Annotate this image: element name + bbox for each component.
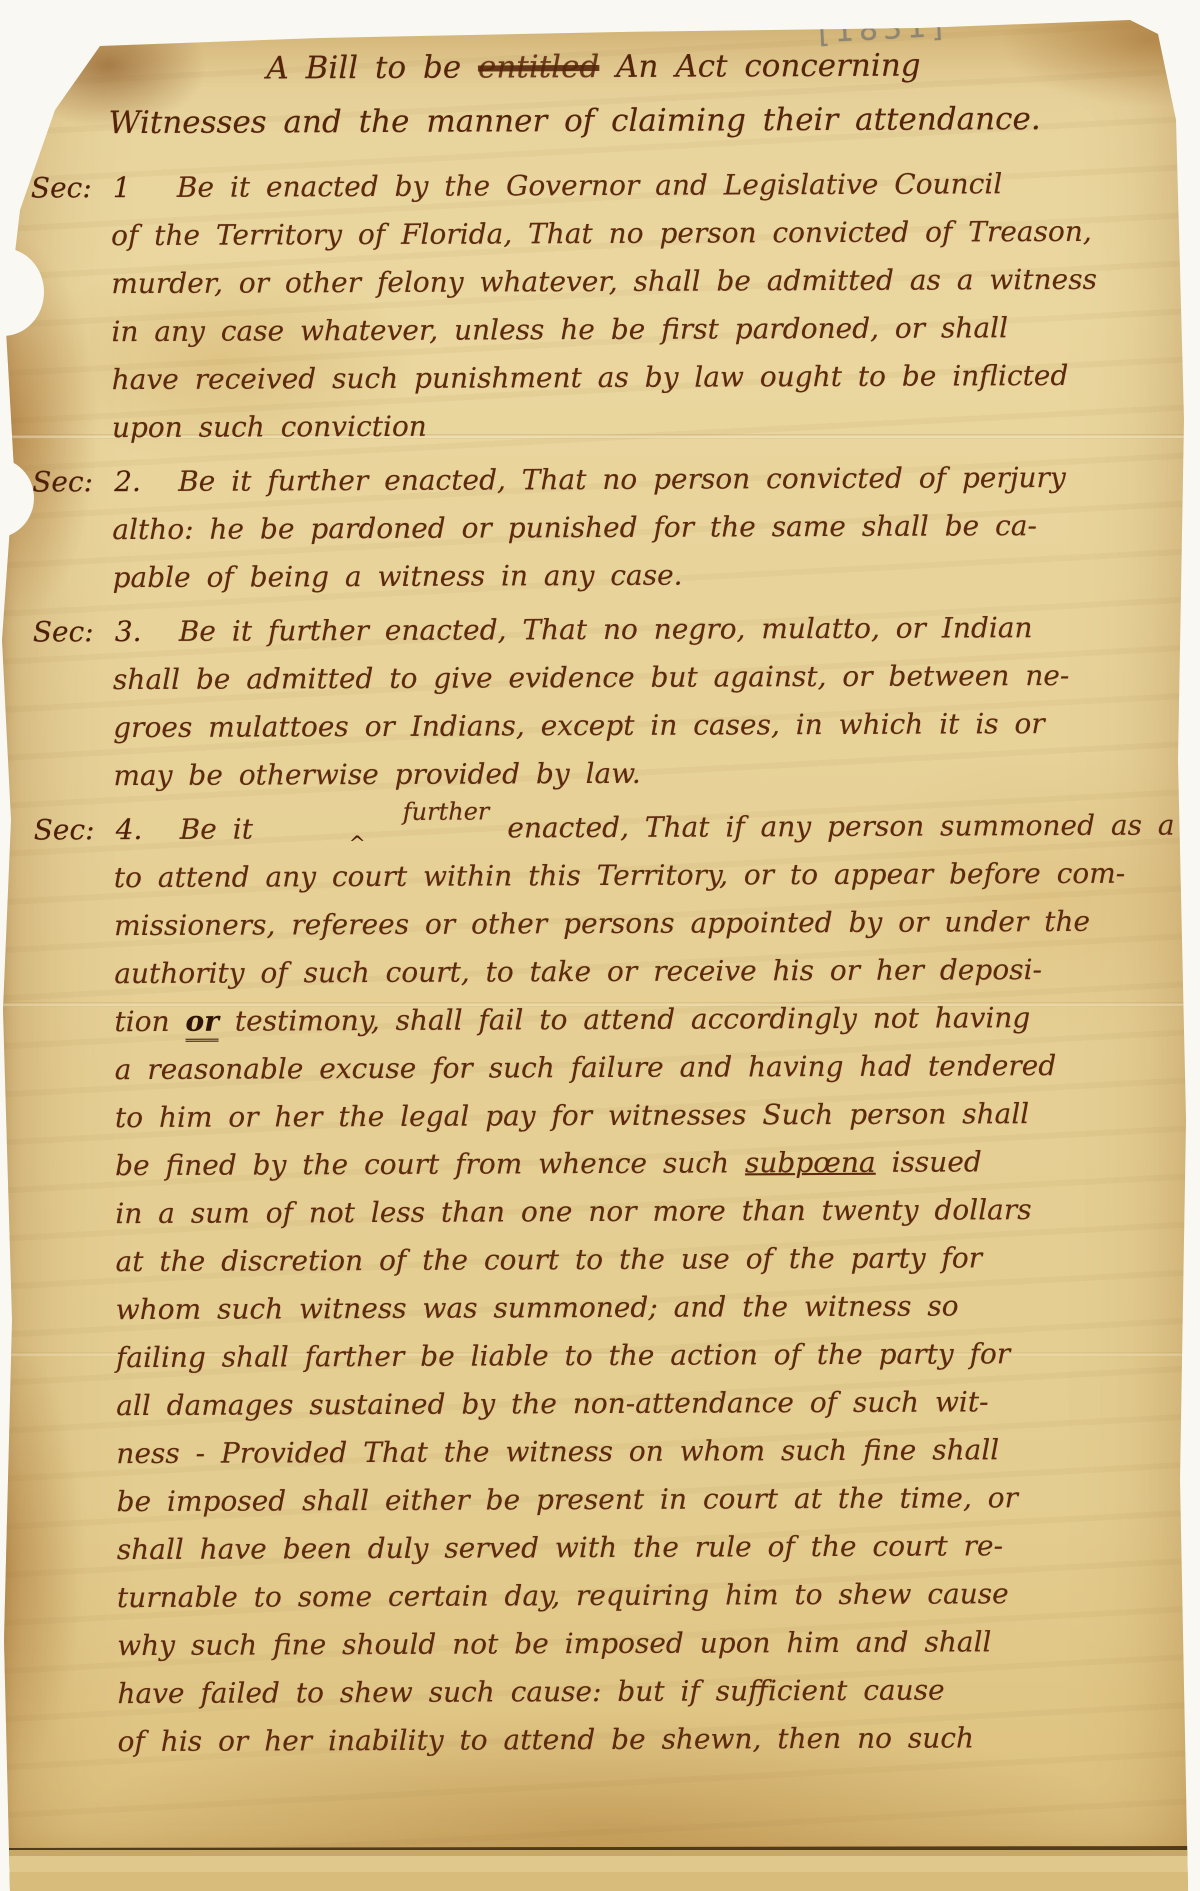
manuscript-line: in a sum of not less than one nor more t… <box>115 1186 1161 1239</box>
manuscript-line: whom such witness was summoned; and the … <box>116 1282 1162 1335</box>
paper-sheet: [1831] A Bill to be entitled An Act conc… <box>0 0 1200 1891</box>
section-3: Sec: 3. Be it further enacted, That no n… <box>113 604 1160 801</box>
corrected-word: or <box>185 1005 219 1042</box>
title-line-2: Witnesses and the manner of claiming the… <box>108 92 1141 151</box>
section-number: 4. <box>116 806 143 854</box>
title-text-after-strike: An Act concerning <box>616 48 921 85</box>
section-label: Sec: <box>31 164 92 212</box>
manuscript-line: be fined by the court from whence such s… <box>115 1138 1161 1191</box>
manuscript-line: upon such conviction <box>112 400 1158 453</box>
inserted-word: further <box>337 811 490 812</box>
manuscript-line: be imposed shall either be present in co… <box>116 1474 1162 1527</box>
manuscript-line: at the discretion of the court to the us… <box>115 1234 1161 1287</box>
manuscript-line: ness - Provided That the witness on whom… <box>116 1426 1162 1479</box>
manuscript-line: to him or her the legal pay for witnesse… <box>115 1090 1161 1143</box>
manuscript-line: Be it further^ enacted, That if any pers… <box>114 802 1160 855</box>
line-text: be fined by the court from whence such <box>115 1146 729 1182</box>
manuscript-line: in any case whatever, unless he be first… <box>111 304 1157 357</box>
manuscript-line: all damages sustained by the non-attenda… <box>116 1378 1162 1431</box>
inserted-word-wrap: further^ <box>271 804 490 853</box>
manuscript-line: why such fine should not be imposed upon… <box>117 1618 1163 1671</box>
title-line-1: A Bill to be entitled An Act concerning <box>108 38 1141 97</box>
manuscript-line: may be otherwise provided by law. <box>113 748 1159 801</box>
manuscript-line: altho: he be pardoned or punished for th… <box>112 502 1158 555</box>
section-number: 3. <box>115 608 142 656</box>
section-2: Sec: 2. Be it further enacted, That no p… <box>112 454 1159 603</box>
section-label: Sec: <box>32 458 93 506</box>
line-text: enacted, That if any person summoned as … <box>507 808 1200 844</box>
manuscript-line: missioners, referees or other persons ap… <box>114 898 1160 951</box>
section-label: Sec: <box>33 608 94 656</box>
struck-word: entitled <box>478 49 599 86</box>
manuscript-line: shall be admitted to give evidence but a… <box>113 652 1159 705</box>
section-4: Sec: 4. Be it further^ enacted, That if … <box>114 802 1164 1767</box>
manuscript-text: A Bill to be entitled An Act concerning … <box>0 37 1200 1772</box>
section-number: 1 <box>113 164 131 212</box>
section-label: Sec: <box>34 806 95 854</box>
manuscript-line: authority of such court, to take or rece… <box>114 946 1160 999</box>
manuscript-line: murder, or other felony whatever, shall … <box>111 256 1157 309</box>
manuscript-scan: [1831] A Bill to be entitled An Act conc… <box>0 0 1200 1891</box>
manuscript-line: groes mulattoes or Indians, except in ca… <box>113 700 1159 753</box>
manuscript-line: Be it further enacted, That no person co… <box>112 454 1158 507</box>
manuscript-line: have failed to shew such cause: but if s… <box>117 1666 1163 1719</box>
line-text: tion <box>114 1005 169 1038</box>
line-text: testimony, shall fail to attend accordin… <box>235 1001 1031 1037</box>
manuscript-line: of the Territory of Florida, That no per… <box>111 208 1157 261</box>
title-text-before-strike: A Bill to be <box>266 50 461 87</box>
section-number: 2. <box>114 458 141 506</box>
manuscript-line: tion or testimony, shall fail to attend … <box>114 994 1160 1047</box>
insertion-caret: ^ <box>283 819 366 867</box>
manuscript-line: Be it enacted by the Governor and Legisl… <box>111 160 1157 213</box>
line-text: issued <box>891 1145 981 1178</box>
manuscript-line: have received such punishment as by law … <box>112 352 1158 405</box>
manuscript-line: pable of being a witness in any case. <box>112 550 1158 603</box>
manuscript-line: to attend any court within this Territor… <box>114 850 1160 903</box>
page-bottom-fold <box>0 1846 1200 1891</box>
manuscript-line: Be it further enacted, That no negro, mu… <box>113 604 1159 657</box>
manuscript-line: shall have been duly served with the rul… <box>117 1522 1163 1575</box>
manuscript-line: a reasonable excuse for such failure and… <box>115 1042 1161 1095</box>
manuscript-line: turnable to some certain day, requiring … <box>117 1570 1163 1623</box>
section-1: Sec: 1 Be it enacted by the Governor and… <box>111 160 1158 453</box>
document-title: A Bill to be entitled An Act concerning … <box>108 38 1141 151</box>
line-text: Be it <box>180 813 253 846</box>
manuscript-line: of his or her inability to attend be she… <box>118 1714 1164 1767</box>
manuscript-line: failing shall farther be liable to the a… <box>116 1330 1162 1383</box>
underlined-word: subpœna <box>745 1146 876 1180</box>
